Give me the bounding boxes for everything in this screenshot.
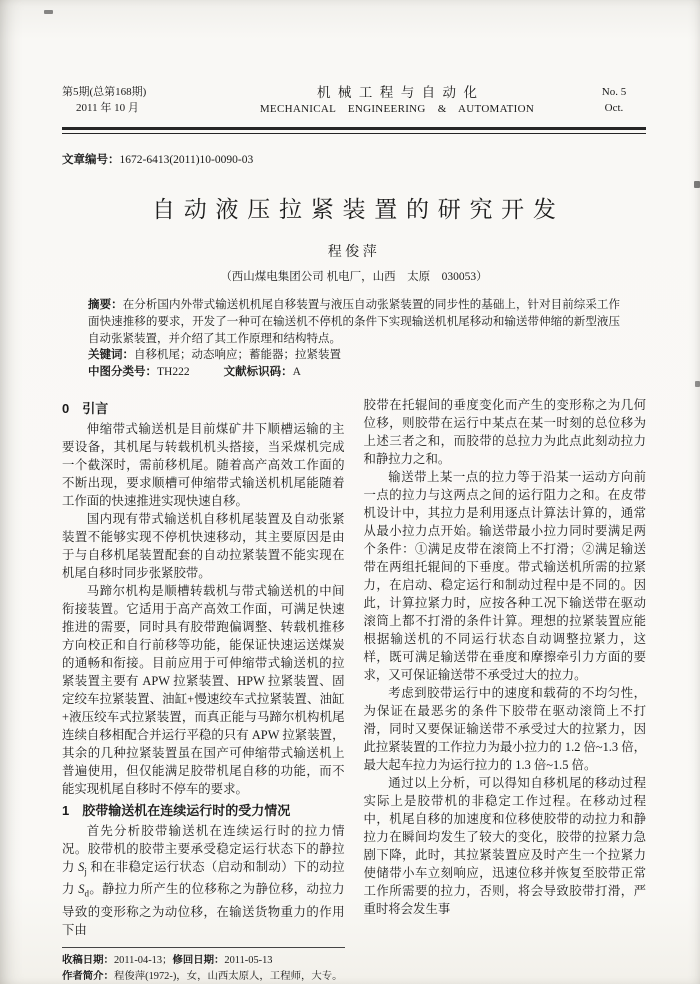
paragraph: 考虑到胶带运行中的速度和载荷的不均匀性，为保证在最恶劣的条件下胶带在驱动滚筒上不… [364,684,647,774]
paragraph: 伸缩带式输送机是目前煤矿井下顺槽运输的主要设备，其机尾与转载机机头搭接，当采煤机… [62,420,345,510]
issue-date-line: 2011 年 10 月 [62,100,212,116]
revised-date-label: 修回日期： [172,955,224,966]
received-date-label: 收稿日期： [62,955,114,966]
paragraph: 马蹄尔机构是顺槽转载机与带式输送机的中间衔接装置。它适用于高产高效工作面，可满足… [62,582,345,798]
journal-title-en: MECHANICAL ENGINEERING & AUTOMATION [212,101,582,118]
abstract-text: 在分析国内外带式输送机机尾自移装置与液压自动张紧装置的同步性的基础上，针对目前综… [88,299,620,345]
journal-title-cn: 机械工程与自动化 [212,84,582,101]
scan-speck [694,181,700,188]
affiliation: （西山煤电集团公司 机电厂，山西 太原 030053） [62,268,646,284]
scan-speck [695,381,700,387]
keywords: 关键词：自移机尾；动态响应；蓄能器；拉紧装置 [88,347,620,364]
abstract: 摘要：在分析国内外带式输送机机尾自移装置与液压自动张紧装置的同步性的基础上，针对… [88,297,620,347]
journal-masthead: 机械工程与自动化 MECHANICAL ENGINEERING & AUTOMA… [212,84,582,118]
journal-header: 第5期(总第168期) 2011 年 10 月 机械工程与自动化 MECHANI… [62,84,646,118]
paragraph: 国内现有带式输送机自移机尾装置及自动张紧装置不能够实现不停机快速移动，其主要原因… [62,510,345,582]
article-id-label: 文章编号： [62,154,120,166]
paragraph-with-formula: 首先分析胶带输送机在连续运行时的拉力情况。胶带机的胶带主要承受稳定运行状态下的静… [62,822,345,939]
classification: 中图分类号：TH222文献标识码：A [88,364,620,381]
issue-info: 第5期(总第168期) 2011 年 10 月 [62,84,212,116]
paragraph-continuation: 胶带在托辊间的垂度变化而产生的变形称之为几何位移，则胶带在运行中某点在某一时刻的… [364,396,647,468]
journal-page: 第5期(总第168期) 2011 年 10 月 机械工程与自动化 MECHANI… [0,0,700,984]
article-id-value: 1672-6413(2011)10-0090-03 [120,154,254,166]
issue-number-line: 第5期(总第168期) [62,84,212,100]
doc-code-value: A [293,366,301,378]
body-columns: 0 引言 伸缩带式输送机是目前煤矿井下顺槽运输的主要设备，其机尾与转载机机头搭接… [62,396,646,984]
abstract-block: 摘要：在分析国内外带式输送机机尾自移装置与液压自动张紧装置的同步性的基础上，针对… [62,297,646,381]
footnote-author-bio: 作者简介：程俊萍(1972-)，女，山西太原人，工程师，大专。 [62,969,345,984]
footnote-received: 收稿日期：2011-04-13；修回日期：2011-05-13 [62,953,345,969]
scan-speck [44,10,53,14]
keywords-label: 关键词： [88,349,134,361]
footnote-block: 收稿日期：2011-04-13；修回日期：2011-05-13 作者简介：程俊萍… [62,947,345,984]
issue-month: Oct. [582,100,646,116]
author-bio-value: 程俊萍(1972-)，女，山西太原人，工程师，大专。 [114,971,343,982]
paragraph: 通过以上分析，可以得知自移机尾的移动过程实际上是胶带机的非稳定工作过程。在移动过… [364,774,647,918]
keywords-text: 自移机尾；动态响应；蓄能器；拉紧装置 [134,349,341,361]
clc-value: TH222 [157,366,190,378]
article-id: 文章编号：1672-6413(2011)10-0090-03 [62,151,646,167]
abstract-label: 摘要： [88,299,123,311]
paragraph-text: 。静拉力所产生的位移称之为静位移，动拉力导致的变形称之为动位移，在输送货物重力的… [62,882,345,936]
section-heading-1: 1 胶带输送机在连续运行时的受力情况 [62,801,345,820]
left-column: 0 引言 伸缩带式输送机是目前煤矿井下顺槽运输的主要设备，其机尾与转载机机头搭接… [62,396,345,984]
header-double-rule [62,127,646,134]
section-heading-0: 0 引言 [62,399,345,418]
right-column: 胶带在托辊间的垂度变化而产生的变形称之为几何位移，则胶带在运行中某点在某一时刻的… [364,396,647,984]
clc-label: 中图分类号： [88,366,157,378]
revised-date-value: 2011-05-13 [224,955,272,966]
author: 程俊萍 [62,241,646,261]
received-date-value: 2011-04-13； [114,955,173,966]
paragraph: 输送带上某一点的拉力等于沿某一运动方向前一点的拉力与这两点之间的运行阻力之和。在… [364,468,647,684]
issue-number-block: No. 5 Oct. [582,84,646,116]
issue-no: No. 5 [582,84,646,100]
doc-code-label: 文献标识码： [224,366,293,378]
page-title: 自动液压拉紧装置的研究开发 [62,191,646,224]
author-bio-label: 作者简介： [62,971,114,982]
